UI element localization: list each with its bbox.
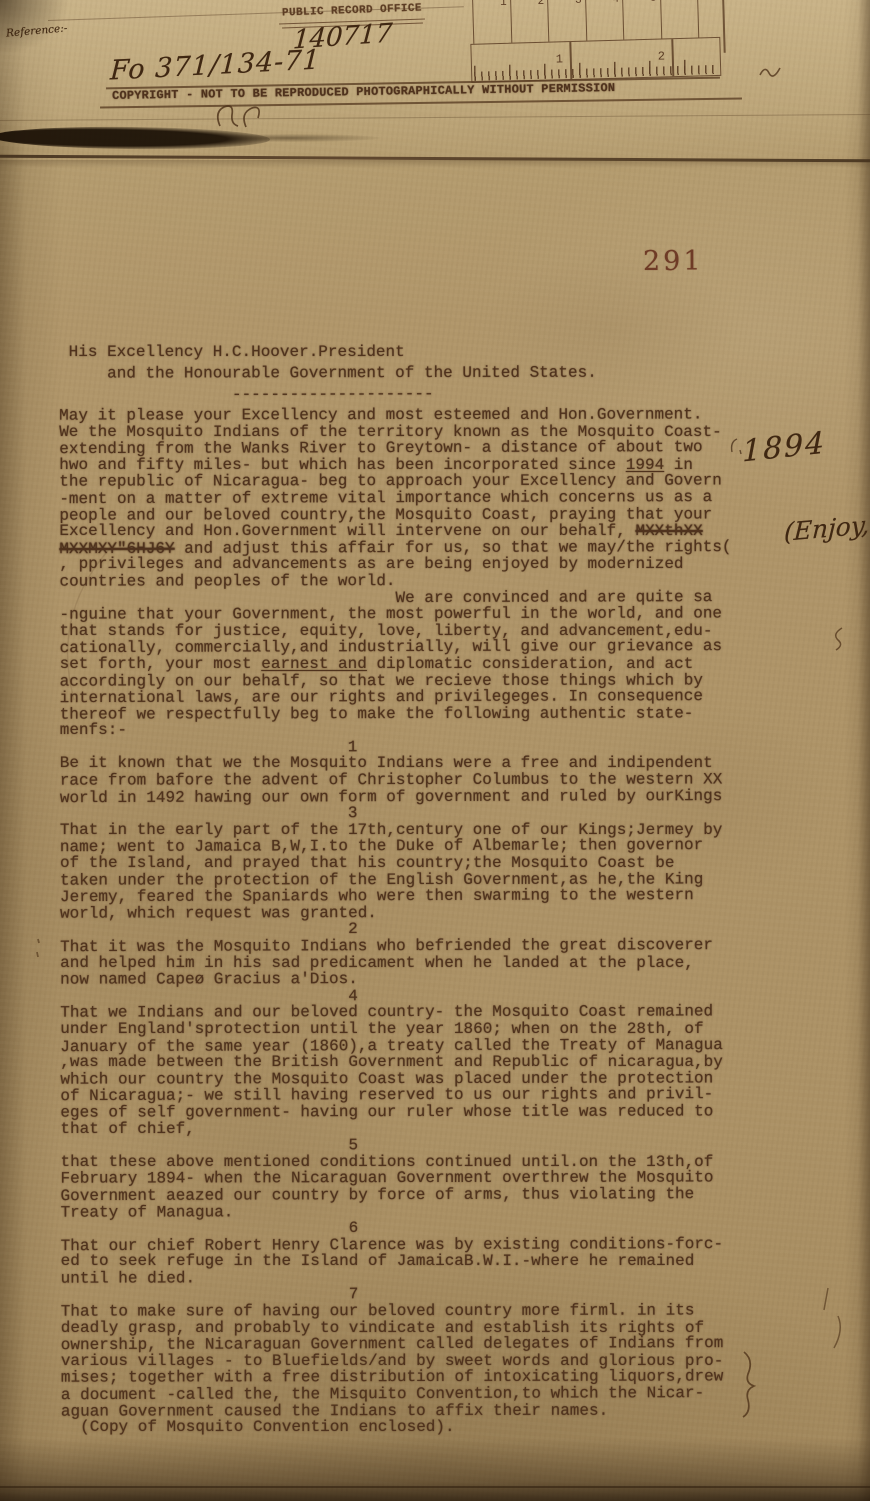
letter-line: We are convinced and are quite sa: [59, 588, 779, 607]
letter-line: -nguine that your Government, the most p…: [60, 605, 780, 623]
page-number: 291: [643, 246, 704, 277]
scale-cell: 3: [547, 0, 586, 42]
letter-line: That to make sure of having our beloved …: [61, 1302, 781, 1320]
pen-colon-mark: [34, 936, 44, 962]
document-page: Reference:- PUBLIC RECORD OFFICE 140717 …: [0, 0, 870, 1501]
handwritten-inserted-word: (Enjoy,: [783, 510, 870, 547]
letter-line: menfs:-: [60, 722, 780, 739]
handwritten-year-correction: 1894: [742, 425, 826, 469]
letter-line: ed to seek refuge in the Island of Jamai…: [61, 1253, 781, 1270]
scale-cell: 5: [622, 0, 661, 40]
pen-brace-mark: [740, 1350, 760, 1420]
scale-cell: 4: [584, 0, 623, 41]
scale-cell: 2: [509, 0, 548, 43]
letter-line: (Copy of Mosquito Convention enclosed).: [61, 1419, 781, 1436]
bottom-paper-edge: [0, 1438, 870, 1501]
letter-line: 4: [60, 987, 780, 1006]
letter-line: thereof we respectfully beg to make the …: [60, 705, 780, 723]
pen-squiggle-icon: [212, 100, 272, 136]
letter-text: His Excellency H.C.Hoover.President and …: [59, 343, 781, 1436]
letter-line: and the Honourable Government of the Uni…: [59, 364, 779, 386]
letter-line: under England'sprotection until the year…: [60, 1021, 780, 1038]
letter-line: that of chief,: [60, 1121, 780, 1138]
letter-line: -ment on a matter of extreme vital impor…: [59, 489, 779, 508]
bottom-edge-line: [0, 1486, 870, 1488]
letter-line: and helped him in his sad predicament wh…: [60, 955, 780, 972]
scale-cell: 1: [472, 0, 511, 44]
letter-line: Government aeazed our country by force o…: [61, 1186, 781, 1205]
letter-line: a document -called the, the Misquito Con…: [61, 1385, 781, 1404]
scale-right-line: [722, 0, 725, 53]
letter-line: 6: [61, 1220, 781, 1237]
letter-line: ---------------------: [59, 385, 779, 408]
letter-line: set forth, your most earnest and diploma…: [60, 656, 780, 673]
letter-line: world in 1492 hawing our own form of gov…: [60, 788, 780, 807]
letter-line: That we Indians and our beloved country-…: [60, 1004, 780, 1022]
scale-top-row: 123456: [472, 0, 699, 44]
letter-line: eges of self government- having our rule…: [60, 1103, 780, 1121]
letter-line: now named Capeø Gracius a'Dios.: [60, 971, 780, 989]
measurement-scale: 123456 12: [464, 0, 728, 88]
pen-margin-mark: [828, 626, 852, 652]
letter-line: of the Island, and prayed that his count…: [60, 855, 780, 872]
pen-faint-curve: [46, 540, 136, 710]
letter-line: of Nicaragua;- we still having reserved …: [60, 1086, 780, 1105]
letter-line: May it please your Excellency and most e…: [59, 406, 779, 424]
letter-line: Be it known that we the Mosquito Indians…: [60, 755, 780, 772]
letter-line: that these above mentioned conditions co…: [60, 1154, 780, 1171]
letter-line: hwo and fifty miles- but which has been …: [59, 457, 779, 474]
letter-line: That it was the Mosquito Indians who bef…: [60, 937, 780, 956]
pen-check-mark: [758, 62, 784, 82]
letter-line: Jeremy, feared the Spaniards who were th…: [60, 887, 780, 906]
right-paper-edge: [858, 0, 870, 1501]
pen-margin-stroke: [820, 1286, 850, 1356]
letter-line: , pprivileges and advancements as are be…: [59, 556, 779, 573]
letter-line: international laws, are our rights and p…: [60, 688, 780, 707]
letter-line: various villages - to Bluefields/and by …: [61, 1353, 781, 1370]
scale-cell: 6: [659, 0, 699, 39]
letter-line: 3: [60, 805, 780, 823]
paper-edge-shadow: [0, 160, 870, 168]
letter-line: His Excellency H.C.Hoover.President: [59, 344, 779, 365]
letter-line: 7: [61, 1285, 781, 1304]
letter-line: ,was made between the British Government…: [60, 1054, 780, 1071]
scale-bottom-row: 12: [470, 37, 721, 83]
